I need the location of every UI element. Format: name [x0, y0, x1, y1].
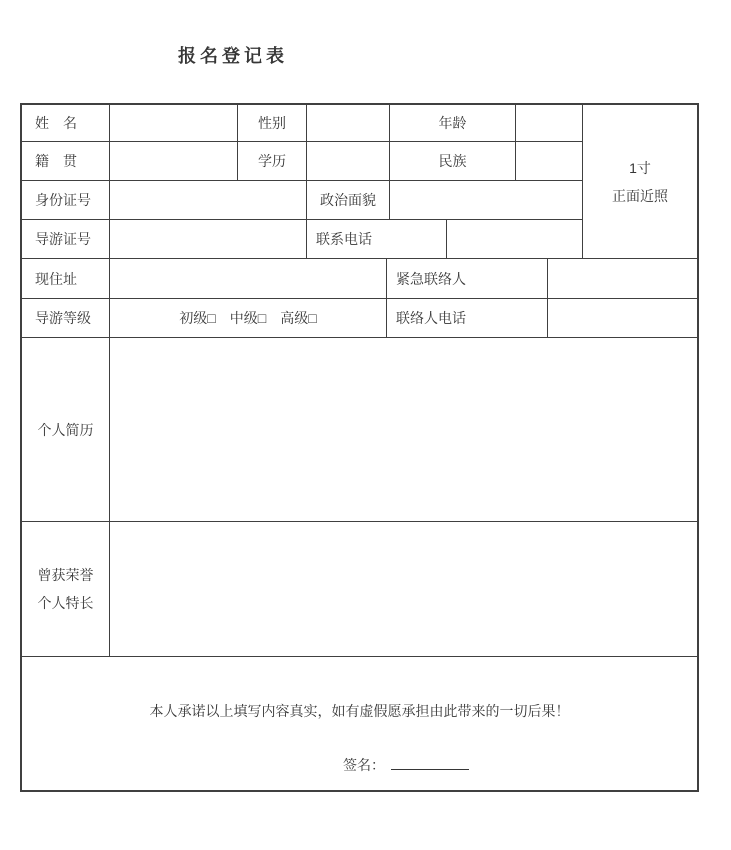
honors-input[interactable]	[110, 522, 697, 657]
phone-input[interactable]	[447, 220, 583, 259]
gender-input[interactable]	[307, 105, 390, 142]
declaration-cell: 本人承诺以上填写内容真实，如有虚假愿承担由此带来的一切后果！ 签名：	[22, 657, 697, 790]
age-label: 年龄	[390, 105, 516, 142]
emergency-contact-input[interactable]	[548, 259, 697, 299]
education-label: 学历	[238, 142, 307, 181]
guide-level-label: 导游等级	[22, 299, 110, 338]
political-status-label: 政治面貌	[307, 181, 390, 220]
address-label: 现住址	[22, 259, 110, 299]
name-input[interactable]	[110, 105, 238, 142]
honors-label-line2: 个人特长	[38, 589, 94, 617]
guide-level-options[interactable]: 初级□ 中级□ 高级□	[110, 299, 387, 338]
signature-row: 签名：	[343, 755, 469, 775]
resume-label: 个人简历	[22, 338, 110, 522]
guide-license-input[interactable]	[110, 220, 307, 259]
signature-line[interactable]	[391, 757, 469, 770]
contact-phone-input[interactable]	[548, 299, 697, 338]
ethnicity-input[interactable]	[516, 142, 583, 181]
name-label: 姓 名	[22, 105, 110, 142]
ethnicity-label: 民族	[390, 142, 516, 181]
honors-label: 曾获荣誉 个人特长	[22, 522, 110, 657]
guide-license-label: 导游证号	[22, 220, 110, 259]
native-place-label: 籍 贯	[22, 142, 110, 181]
phone-label: 联系电话	[307, 220, 447, 259]
photo-caption-line1: 1寸	[629, 154, 651, 182]
registration-form-page: 报名登记表 姓 名 性别 年龄 1寸 正面近照 籍 贯 学历 民族 身份证号 政…	[0, 0, 731, 850]
age-input[interactable]	[516, 105, 583, 142]
resume-input[interactable]	[110, 338, 697, 522]
photo-caption-line2: 正面近照	[612, 182, 668, 210]
declaration-text: 本人承诺以上填写内容真实，如有虚假愿承担由此带来的一切后果！	[22, 701, 697, 721]
signature-label: 签名：	[343, 757, 385, 773]
emergency-contact-label: 紧急联络人	[387, 259, 548, 299]
political-status-input[interactable]	[390, 181, 583, 220]
id-number-label: 身份证号	[22, 181, 110, 220]
honors-label-line1: 曾获荣誉	[38, 561, 94, 589]
photo-box: 1寸 正面近照	[583, 105, 697, 259]
page-title: 报名登记表	[178, 42, 288, 68]
gender-label: 性别	[238, 105, 307, 142]
id-number-input[interactable]	[110, 181, 307, 220]
native-place-input[interactable]	[110, 142, 238, 181]
education-input[interactable]	[307, 142, 390, 181]
contact-phone-label: 联络人电话	[387, 299, 548, 338]
form-table: 姓 名 性别 年龄 1寸 正面近照 籍 贯 学历 民族 身份证号 政治面貌 导游…	[20, 103, 699, 792]
address-input[interactable]	[110, 259, 387, 299]
